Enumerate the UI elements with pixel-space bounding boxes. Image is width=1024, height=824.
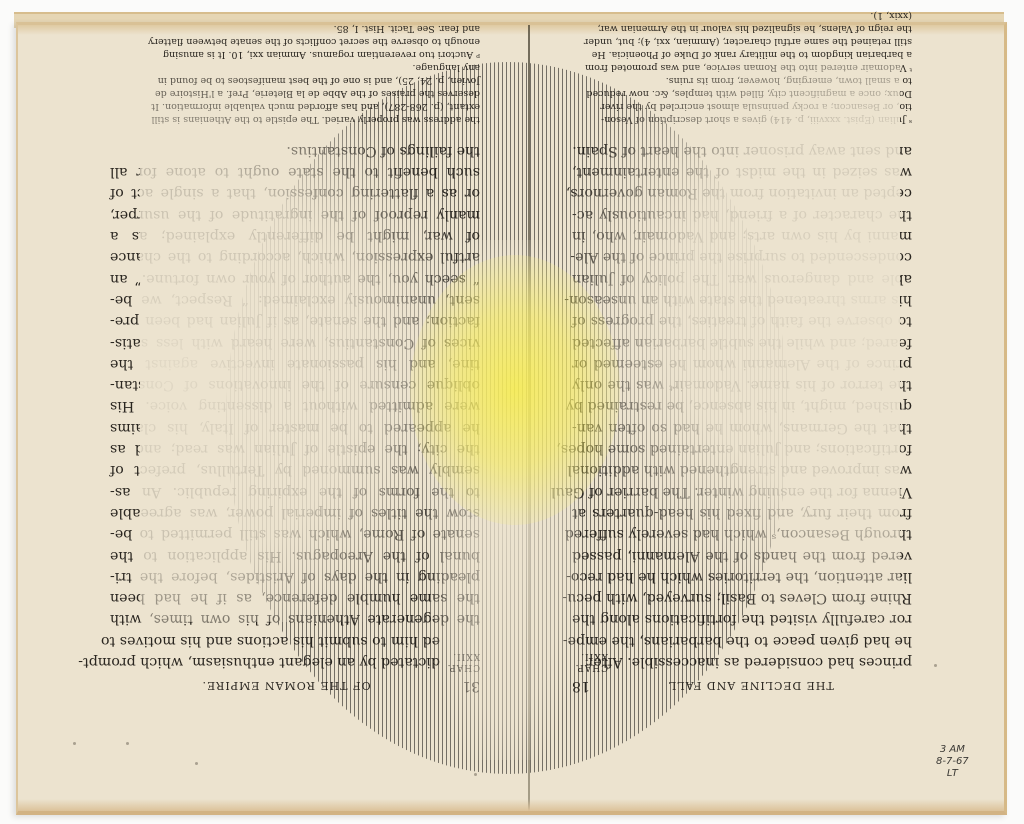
footnote-line: a barbarian kingdom to the military rank… <box>572 48 912 61</box>
footnote-line: the reign of Valens, he signalized his v… <box>572 22 912 35</box>
footnote-line: still retained the same artful character… <box>572 35 912 48</box>
paper-speck <box>474 773 477 776</box>
paper-speck <box>934 664 937 667</box>
footnote-line: enough to observe the secret conflicts o… <box>110 35 480 48</box>
inscription-line: 8-7-67 <box>936 756 969 768</box>
footnote-line: ᵖ Auctori tuo reverentiam rogamus. Ammia… <box>110 48 480 61</box>
inscription-line: LT <box>936 768 969 780</box>
pencil-inscription: 3 AM 8-7-67 LT <box>936 744 969 780</box>
paper-speck <box>195 762 198 765</box>
paper-speck <box>126 742 129 745</box>
yellow-circle <box>410 255 620 525</box>
footnote-line: and fear. See Tacit. Hist. I, 85. <box>110 22 480 35</box>
paper-speck <box>73 742 76 745</box>
inscription-line: 3 AM <box>936 744 969 756</box>
footnote-line: (xxix, 1). <box>572 9 912 22</box>
